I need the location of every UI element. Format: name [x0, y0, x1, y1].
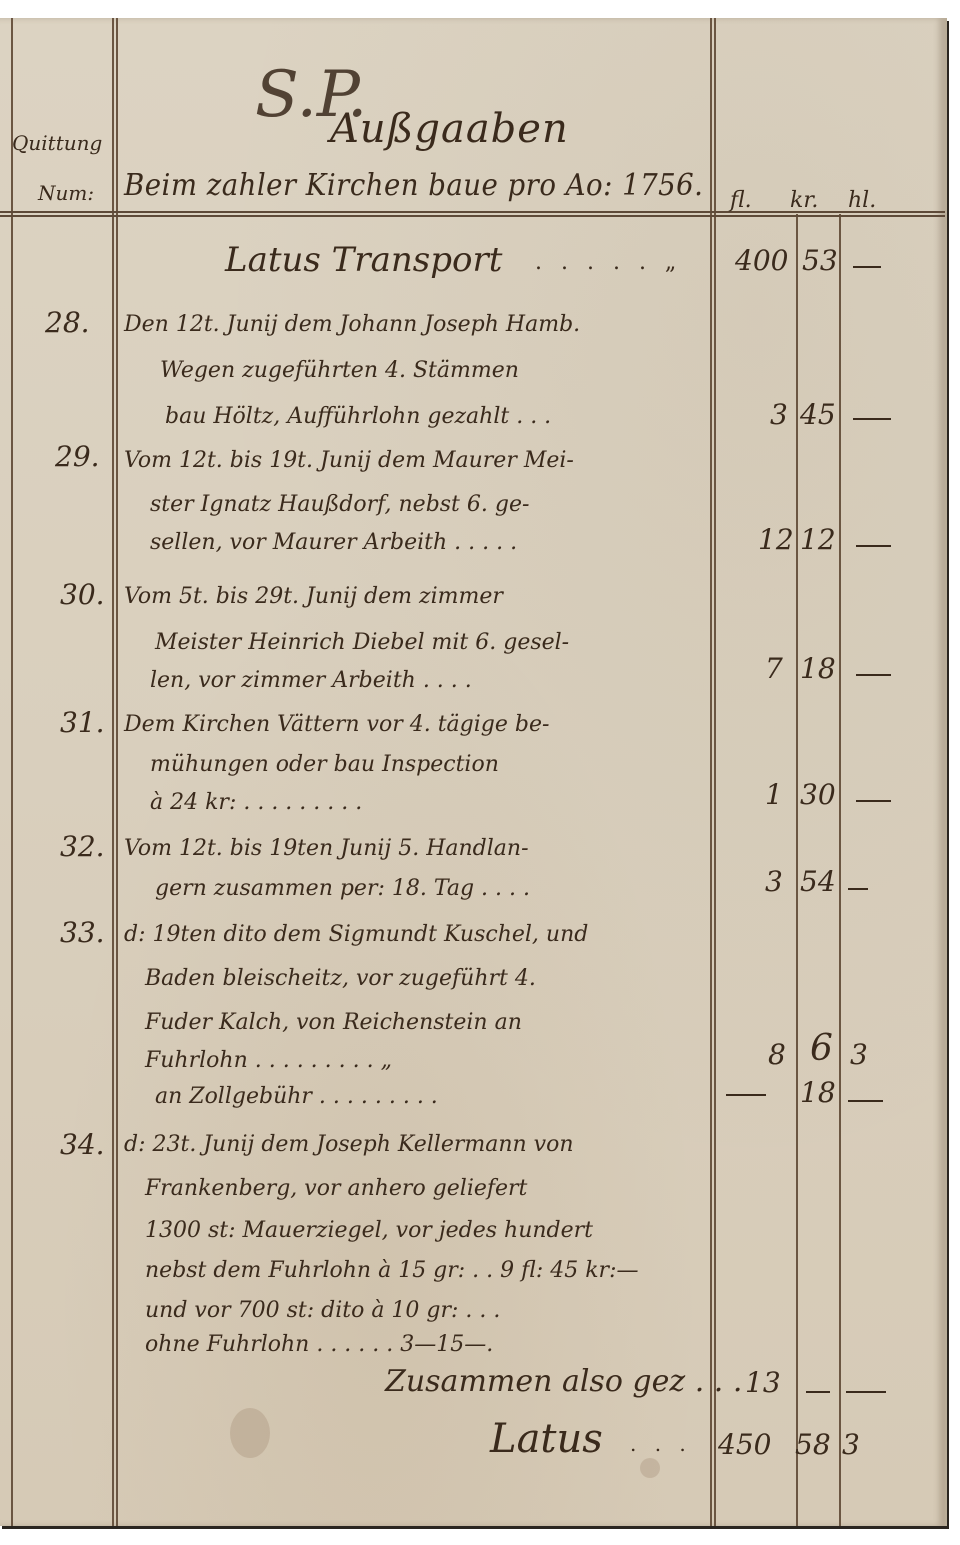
number-column-rule	[112, 18, 114, 1526]
amount-heller-dash	[856, 674, 891, 676]
amount-kreuzer: 18	[800, 652, 836, 685]
page-subtitle: Beim zahler Kirchen baue pro Ao: 1756.	[124, 168, 703, 203]
entry-number: 29.	[55, 440, 100, 473]
entry-line: bau Höltz, Aufführlohn gezahlt . . .	[165, 404, 551, 429]
page-title: Außgaaben	[330, 106, 569, 152]
amount-column-rule	[710, 18, 712, 1526]
entry-line: len, vor zimmer Arbeith . . . .	[150, 668, 472, 693]
amount-gulden: 12	[758, 523, 794, 556]
ink-stain	[640, 1458, 660, 1478]
amount-heller-dash	[853, 418, 891, 420]
entry-line: ohne Fuhrlohn . . . . . . 3—15—.	[145, 1332, 493, 1357]
heller-column-rule	[839, 214, 841, 1526]
entry-line: an Zollgebühr . . . . . . . . .	[155, 1084, 438, 1109]
entry-number: 33.	[60, 916, 105, 949]
sub-amount-kreuzer: 18	[800, 1076, 836, 1109]
amount-heller-dash	[848, 888, 868, 890]
sum-label: Zusammen also gez . . .	[385, 1364, 742, 1399]
entry-number: 30.	[60, 578, 105, 611]
total-gulden: 450	[718, 1428, 771, 1461]
entry-line: mühungen oder bau Inspection	[150, 752, 499, 777]
amount-kreuzer: 6	[810, 1028, 833, 1069]
entry-number: 32.	[60, 830, 105, 863]
number-header: Num:	[38, 181, 94, 205]
entry-line: Fuder Kalch, von Reichenstein an	[145, 1010, 522, 1035]
number-column-rule-double	[116, 18, 118, 1526]
entry-line: Frankenberg, vor anhero geliefert	[145, 1176, 527, 1201]
entry-line: nebst dem Fuhrlohn à 15 gr: . . 9 fl: 45…	[145, 1258, 638, 1283]
amount-kreuzer: 30	[800, 778, 836, 811]
latus-label: Latus	[490, 1416, 603, 1462]
sub-amount-heller-dash	[848, 1100, 883, 1102]
amount-gulden: 13	[745, 1366, 781, 1399]
column-header-gulden: fl.	[730, 188, 752, 213]
amount-gulden: 400	[735, 244, 788, 277]
entry-line: Meister Heinrich Diebel mit 6. gesel-	[155, 630, 569, 655]
amount-heller-dash	[846, 1391, 886, 1393]
entry-line: gern zusammen per: 18. Tag . . . .	[155, 876, 530, 901]
entry-line: ster Ignatz Haußdorf, nebst 6. ge-	[150, 492, 529, 517]
entry-line: d: 19ten dito dem Sigmundt Kuschel, und	[124, 922, 588, 947]
amount-gulden: 7	[765, 652, 783, 685]
column-header-heller: hl.	[848, 188, 876, 213]
ink-stain	[230, 1408, 270, 1458]
column-header-kreuzer: kr.	[790, 188, 818, 213]
entry-line: Den 12t. Junij dem Johann Joseph Hamb.	[124, 312, 580, 337]
entry-number: 34.	[60, 1128, 105, 1161]
amount-kreuzer: 45	[800, 398, 836, 431]
amount-gulden: 3	[770, 398, 788, 431]
leader-dots: . . . . . „	[535, 250, 682, 275]
amount-gulden: 3	[765, 865, 783, 898]
entry-line: und vor 700 st: dito à 10 gr: . . .	[145, 1298, 500, 1323]
receipt-header: Quittung	[12, 131, 102, 155]
amount-gulden: 1	[765, 778, 783, 811]
amount-kreuzer-dash	[806, 1391, 830, 1393]
entry-line: sellen, vor Maurer Arbeith . . . . .	[150, 530, 517, 555]
amount-heller-dash	[853, 266, 881, 268]
ledger-page: S.P. Außgaaben Quittung Num: Beim zahler…	[0, 18, 947, 1526]
entry-line: Vom 5t. bis 29t. Junij dem zimmer	[124, 584, 503, 609]
amount-heller-dash	[856, 800, 891, 802]
entry-line: 1300 st: Mauerziegel, vor jedes hundert	[145, 1218, 593, 1243]
amount-heller: 3	[850, 1038, 868, 1071]
carry-forward-label: Latus Transport	[225, 240, 502, 280]
total-heller: 3	[842, 1428, 860, 1461]
amount-heller-dash	[856, 545, 891, 547]
entry-line: Vom 12t. bis 19ten Junij 5. Handlan-	[124, 836, 529, 861]
sub-amount-gulden-dash	[726, 1094, 766, 1096]
amount-gulden: 8	[768, 1038, 786, 1071]
entry-line: Baden bleischeitz, vor zugeführt 4.	[145, 966, 536, 991]
entry-number: 28.	[45, 306, 90, 339]
total-kreuzer: 58	[795, 1428, 831, 1461]
amount-kreuzer: 12	[800, 523, 836, 556]
amount-column-rule-double	[714, 18, 716, 1526]
margin-rule-left	[11, 18, 13, 1526]
entry-line: Vom 12t. bis 19t. Junij dem Maurer Mei-	[124, 448, 574, 473]
entry-line: d: 23t. Junij dem Joseph Kellermann von	[124, 1132, 574, 1157]
entry-line: à 24 kr: . . . . . . . . .	[150, 790, 362, 815]
amount-kreuzer: 54	[800, 865, 836, 898]
leader-dots: . . .	[630, 1432, 692, 1456]
kreuzer-column-rule	[796, 214, 798, 1526]
entry-line: Fuhrlohn . . . . . . . . . „	[145, 1048, 392, 1073]
header-rule-double	[0, 215, 945, 217]
entry-line: Wegen zugeführten 4. Stämmen	[160, 358, 519, 383]
entry-number: 31.	[60, 706, 105, 739]
amount-kreuzer: 53	[802, 244, 838, 277]
entry-line: Dem Kirchen Vättern vor 4. tägige be-	[124, 712, 549, 737]
